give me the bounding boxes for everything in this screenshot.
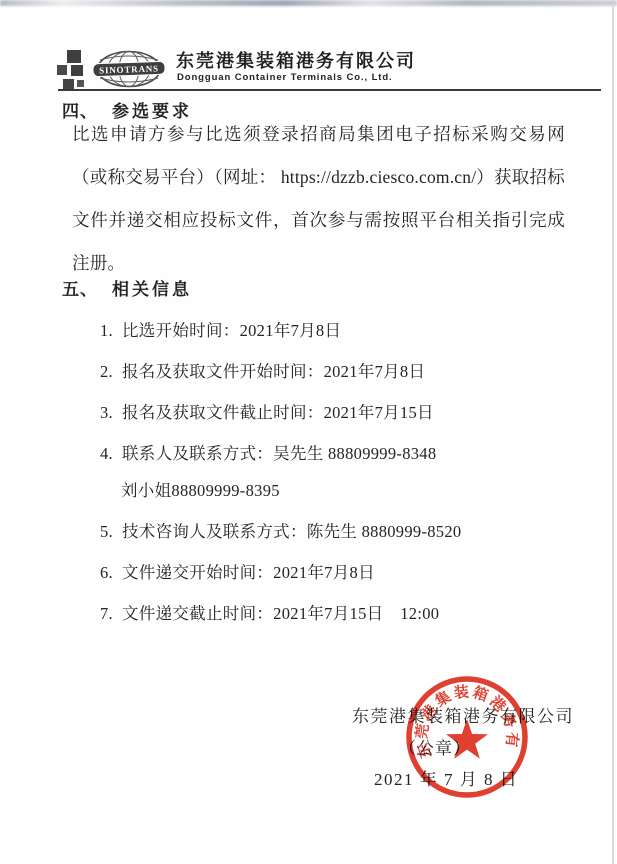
list-item-number: 7. (100, 601, 113, 627)
list-item-text: 技术咨询人及联系方式：陈先生 8880999-8520 (122, 522, 461, 541)
list-item-number: 3. (100, 400, 113, 426)
scan-artifact-top (0, 0, 617, 6)
company-name-en: Dongguan Container Terminals Co., Ltd. (177, 72, 393, 83)
company-name-cn: 东莞港集装箱港务有限公司 (176, 47, 416, 73)
list-item-number: 5. (100, 519, 113, 545)
globe-icon: SINOTRANS (90, 50, 168, 90)
sinotrans-banner: SINOTRANS (93, 61, 165, 77)
list-item-text-continued: 刘小姐88809999-8395 (121, 478, 570, 504)
list-item-text: 联系人及联系方式：吴先生 88809999-8348 (122, 444, 436, 463)
sinotrans-banner-label: SINOTRANS (99, 63, 159, 75)
list-item: 6.文件递交开始时间：2021年7月8日 (100, 560, 570, 586)
list-item-number: 4. (100, 441, 113, 467)
list-item-number: 6. (100, 560, 113, 586)
section-title: 相关信息 (112, 280, 192, 299)
list-item: 3.报名及获取文件截止时间：2021年7月15日 (100, 400, 570, 426)
list-item-text: 比选开始时间：2021年7月8日 (122, 321, 341, 340)
list-item-text: 报名及获取文件截止时间：2021年7月15日 (122, 403, 434, 422)
list-item-text: 文件递交开始时间：2021年7月8日 (122, 563, 375, 582)
header-divider (58, 89, 601, 91)
list-item: 5.技术咨询人及联系方式：陈先生 8880999-8520 (100, 519, 570, 545)
section4-paragraph: 比选申请方参与比选须登录招商局集团电子招标采购交易网（或称交易平台）（网址： h… (72, 113, 565, 285)
list-item-text: 文件递交截止时间：2021年7月15日 12:00 (122, 604, 439, 623)
list-item: 4.联系人及联系方式：吴先生 88809999-8348 刘小姐88809999… (100, 441, 570, 504)
section-heading-related-info: 五、相关信息 (62, 275, 192, 300)
company-seal: 东莞港集装箱港务有限公司 (397, 667, 537, 807)
related-info-list: 1.比选开始时间：2021年7月8日 2.报名及获取文件开始时间：2021年7月… (100, 318, 570, 642)
scan-artifact-right (612, 6, 614, 864)
list-item: 2.报名及获取文件开始时间：2021年7月8日 (100, 359, 570, 385)
list-item: 7.文件递交截止时间：2021年7月15日 12:00 (100, 601, 570, 627)
seal-star-icon (446, 719, 488, 759)
pixel-mosaic-icon (57, 50, 91, 90)
document-page: SINOTRANS 东莞港集装箱港务有限公司 Dongguan Containe… (0, 0, 617, 864)
list-item-number: 1. (100, 318, 113, 344)
section-number: 五、 (62, 280, 98, 299)
list-item: 1.比选开始时间：2021年7月8日 (100, 318, 570, 344)
list-item-number: 2. (100, 359, 113, 385)
list-item-text: 报名及获取文件开始时间：2021年7月8日 (122, 362, 425, 381)
